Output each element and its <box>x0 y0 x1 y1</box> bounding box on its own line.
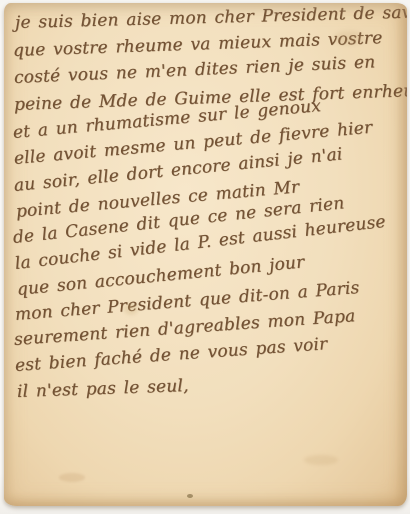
letter-body: je suis bien aise mon cher President de … <box>4 3 407 506</box>
letter-line: il n'est pas le seul, <box>17 378 189 401</box>
scan-background: je suis bien aise mon cher President de … <box>0 0 410 514</box>
letter-page: je suis bien aise mon cher President de … <box>4 3 407 506</box>
letter-line: je suis bien aise mon cher President de … <box>15 4 407 32</box>
letter-line: costé vous ne m'en dites rien je suis en <box>14 54 376 87</box>
